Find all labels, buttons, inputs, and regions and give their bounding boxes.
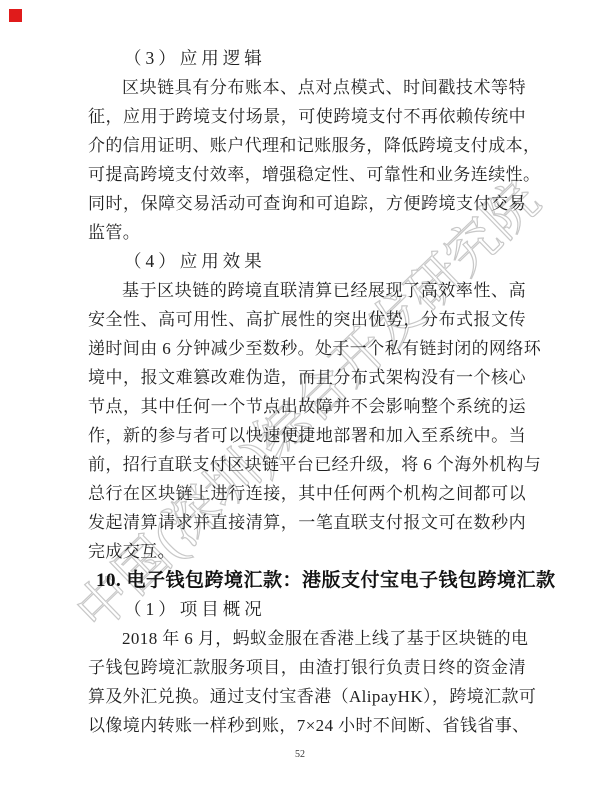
paragraph-line: 以像境内转账一样秒到账，7×24 小时不间断、省钱省事、 <box>88 711 526 740</box>
paragraph-line: 作，新的参与者可以快速便捷地部署和加入至系统中。当 <box>88 421 526 450</box>
document-body: （3）应用逻辑区块链具有分布账本、点对点模式、时间戳技术等特征，应用于跨境支付场… <box>88 44 526 740</box>
subheading-line: （3）应用逻辑 <box>88 44 526 73</box>
paragraph-line: 基于区块链的跨境直联清算已经展现了高效率性、高 <box>88 276 526 305</box>
paragraph-line: 安全性、高可用性、高扩展性的突出优势，分布式报文传 <box>88 305 526 334</box>
paragraph-line: 区块链具有分布账本、点对点模式、时间戳技术等特 <box>88 73 526 102</box>
page-number: 52 <box>0 749 600 760</box>
paragraph-line: 完成交互。 <box>88 537 526 566</box>
paragraph-line: 前，招行直联支付区块链平台已经升级，将 6 个海外机构与 <box>88 450 526 479</box>
paragraph-line: 境中，报文难篡改难伪造，而且分布式架构没有一个核心 <box>88 363 526 392</box>
paragraph-line: 征，应用于跨境支付场景，可使跨境支付不再依赖传统中 <box>88 102 526 131</box>
document-page: 中国(深圳)综合开发研究院 （3）应用逻辑区块链具有分布账本、点对点模式、时间戳… <box>0 0 600 788</box>
paragraph-line: 子钱包跨境汇款服务项目，由渣打银行负责日终的资金清 <box>88 653 526 682</box>
subheading-line: （1）项目概况 <box>88 595 526 624</box>
paragraph-line: 递时间由 6 分钟减少至数秒。处于一个私有链封闭的网络环 <box>88 334 526 363</box>
paragraph-line: 同时，保障交易活动可查询和可追踪，方便跨境支付交易 <box>88 189 526 218</box>
record-indicator-square <box>9 9 22 22</box>
heading-bold-line: 10. 电子钱包跨境汇款：港版支付宝电子钱包跨境汇款 <box>88 566 526 595</box>
paragraph-line: 节点，其中任何一个节点出故障并不会影响整个系统的运 <box>88 392 526 421</box>
paragraph-line: 2018 年 6 月，蚂蚁金服在香港上线了基于区块链的电 <box>88 624 526 653</box>
paragraph-line: 发起清算请求并直接清算，一笔直联支付报文可在数秒内 <box>88 508 526 537</box>
paragraph-line: 算及外汇兑换。通过支付宝香港（AlipayHK），跨境汇款可 <box>88 682 526 711</box>
paragraph-line: 介的信用证明、账户代理和记账服务，降低跨境支付成本， <box>88 131 526 160</box>
paragraph-line: 总行在区块链上进行连接，其中任何两个机构之间都可以 <box>88 479 526 508</box>
subheading-line: （4）应用效果 <box>88 247 526 276</box>
paragraph-line: 可提高跨境支付效率，增强稳定性、可靠性和业务连续性。 <box>88 160 526 189</box>
paragraph-line: 监管。 <box>88 218 526 247</box>
